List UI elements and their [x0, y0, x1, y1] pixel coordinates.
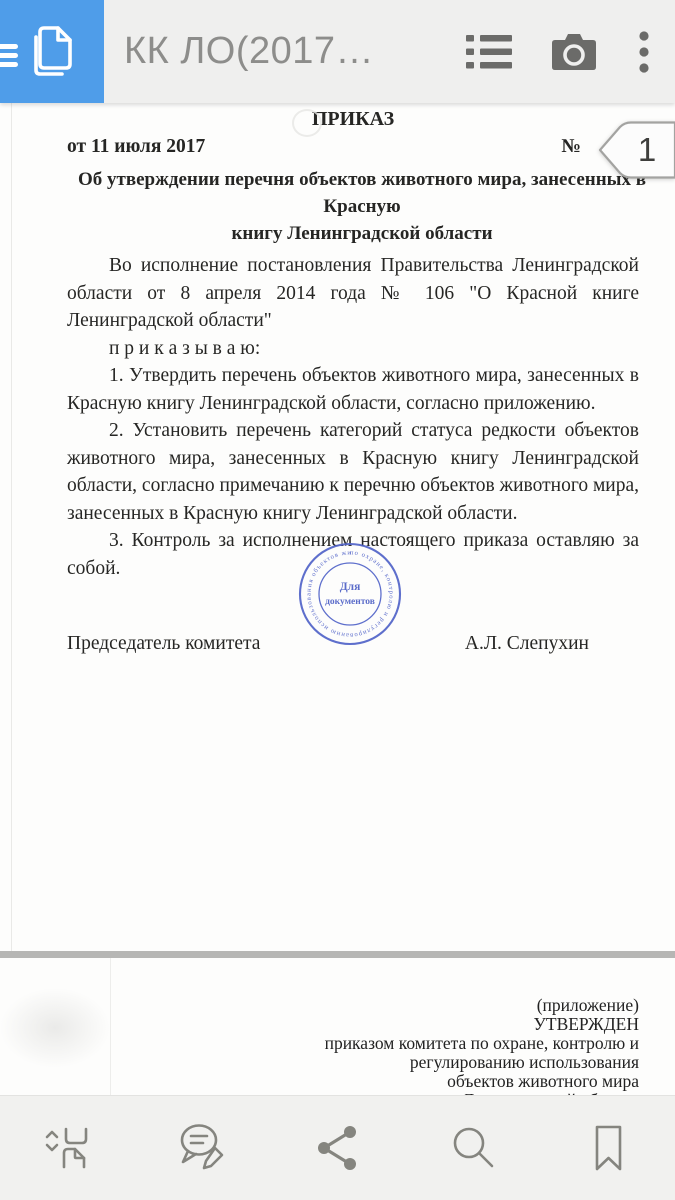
- scan-smudge: [0, 988, 110, 1068]
- app-toolbar: КК ЛО(2017…: [0, 0, 675, 103]
- scan-edge-line: [110, 958, 111, 1095]
- pages-panel-button[interactable]: [0, 0, 104, 103]
- doc-heading: ПРИКАЗ: [67, 107, 639, 131]
- doc-date: от 11 июля 2017: [67, 135, 205, 159]
- bookmark-icon: [584, 1124, 632, 1172]
- camera-button[interactable]: [535, 0, 613, 103]
- document-page-2: (приложение) УТВЕРЖДЕН приказом комитета…: [0, 958, 675, 1095]
- signature-name: А.Л. Слепухин: [465, 630, 639, 657]
- document-scroll-area[interactable]: ПРИКАЗ от 11 июля 2017 № Об утверждении …: [0, 103, 675, 1095]
- doc-paragraph: 2. Установить перечень категорий статуса…: [67, 417, 639, 527]
- page-number-value: 1: [625, 121, 669, 179]
- stamp-center-line2: документов: [325, 597, 375, 607]
- bookmark-button[interactable]: [540, 1096, 675, 1200]
- overflow-menu-button[interactable]: [613, 0, 675, 103]
- stamp-center-line1: Для: [340, 581, 361, 593]
- camera-icon: [551, 32, 597, 72]
- menu-icon[interactable]: [0, 44, 18, 67]
- pages-icon: [31, 24, 77, 78]
- signature-position: Председатель комитета: [67, 630, 260, 657]
- doc-title-line1: Об утверждении перечня объектов животног…: [67, 166, 657, 220]
- search-button[interactable]: [405, 1096, 540, 1200]
- document-page-1: ПРИКАЗ от 11 июля 2017 № Об утверждении …: [0, 103, 675, 951]
- doc-paragraph: Во исполнение постановления Правительств…: [67, 252, 639, 335]
- share-icon: [315, 1124, 361, 1172]
- annotate-button[interactable]: [135, 1096, 270, 1200]
- hole-punch-mark: [292, 109, 322, 137]
- doc-date-number-row: от 11 июля 2017 №: [67, 135, 639, 159]
- doc-paragraph: 1. Утвердить перечень объектов животного…: [67, 362, 639, 417]
- fit-pages-button[interactable]: [0, 1096, 135, 1200]
- scan-edge-line: [11, 103, 12, 951]
- search-icon: [449, 1124, 497, 1172]
- doc-paragraph: п р и к а з ы в а ю:: [67, 335, 639, 363]
- official-stamp: по охране, контролю и регулированию испо…: [294, 538, 406, 650]
- bottom-toolbar: [0, 1095, 675, 1200]
- annotate-icon: [178, 1124, 228, 1172]
- doc-title: Об утверждении перечня объектов животног…: [67, 166, 657, 247]
- more-vert-icon: [639, 31, 649, 73]
- page-separator: [0, 951, 675, 958]
- document-title: КК ЛО(2017…: [124, 0, 374, 103]
- share-button[interactable]: [270, 1096, 405, 1200]
- fit-pages-icon: [44, 1124, 92, 1172]
- appendix-line: объектов животного мира: [0, 1072, 639, 1091]
- appbar-actions: [443, 0, 675, 103]
- contents-icon: [466, 34, 512, 70]
- doc-body: Во исполнение постановления Правительств…: [67, 252, 639, 582]
- page-number-indicator[interactable]: 1: [597, 121, 675, 179]
- contents-button[interactable]: [443, 0, 535, 103]
- document-viewer-screen: КК ЛО(2017…: [0, 0, 675, 1200]
- doc-title-line2: книгу Ленинградской области: [67, 220, 657, 247]
